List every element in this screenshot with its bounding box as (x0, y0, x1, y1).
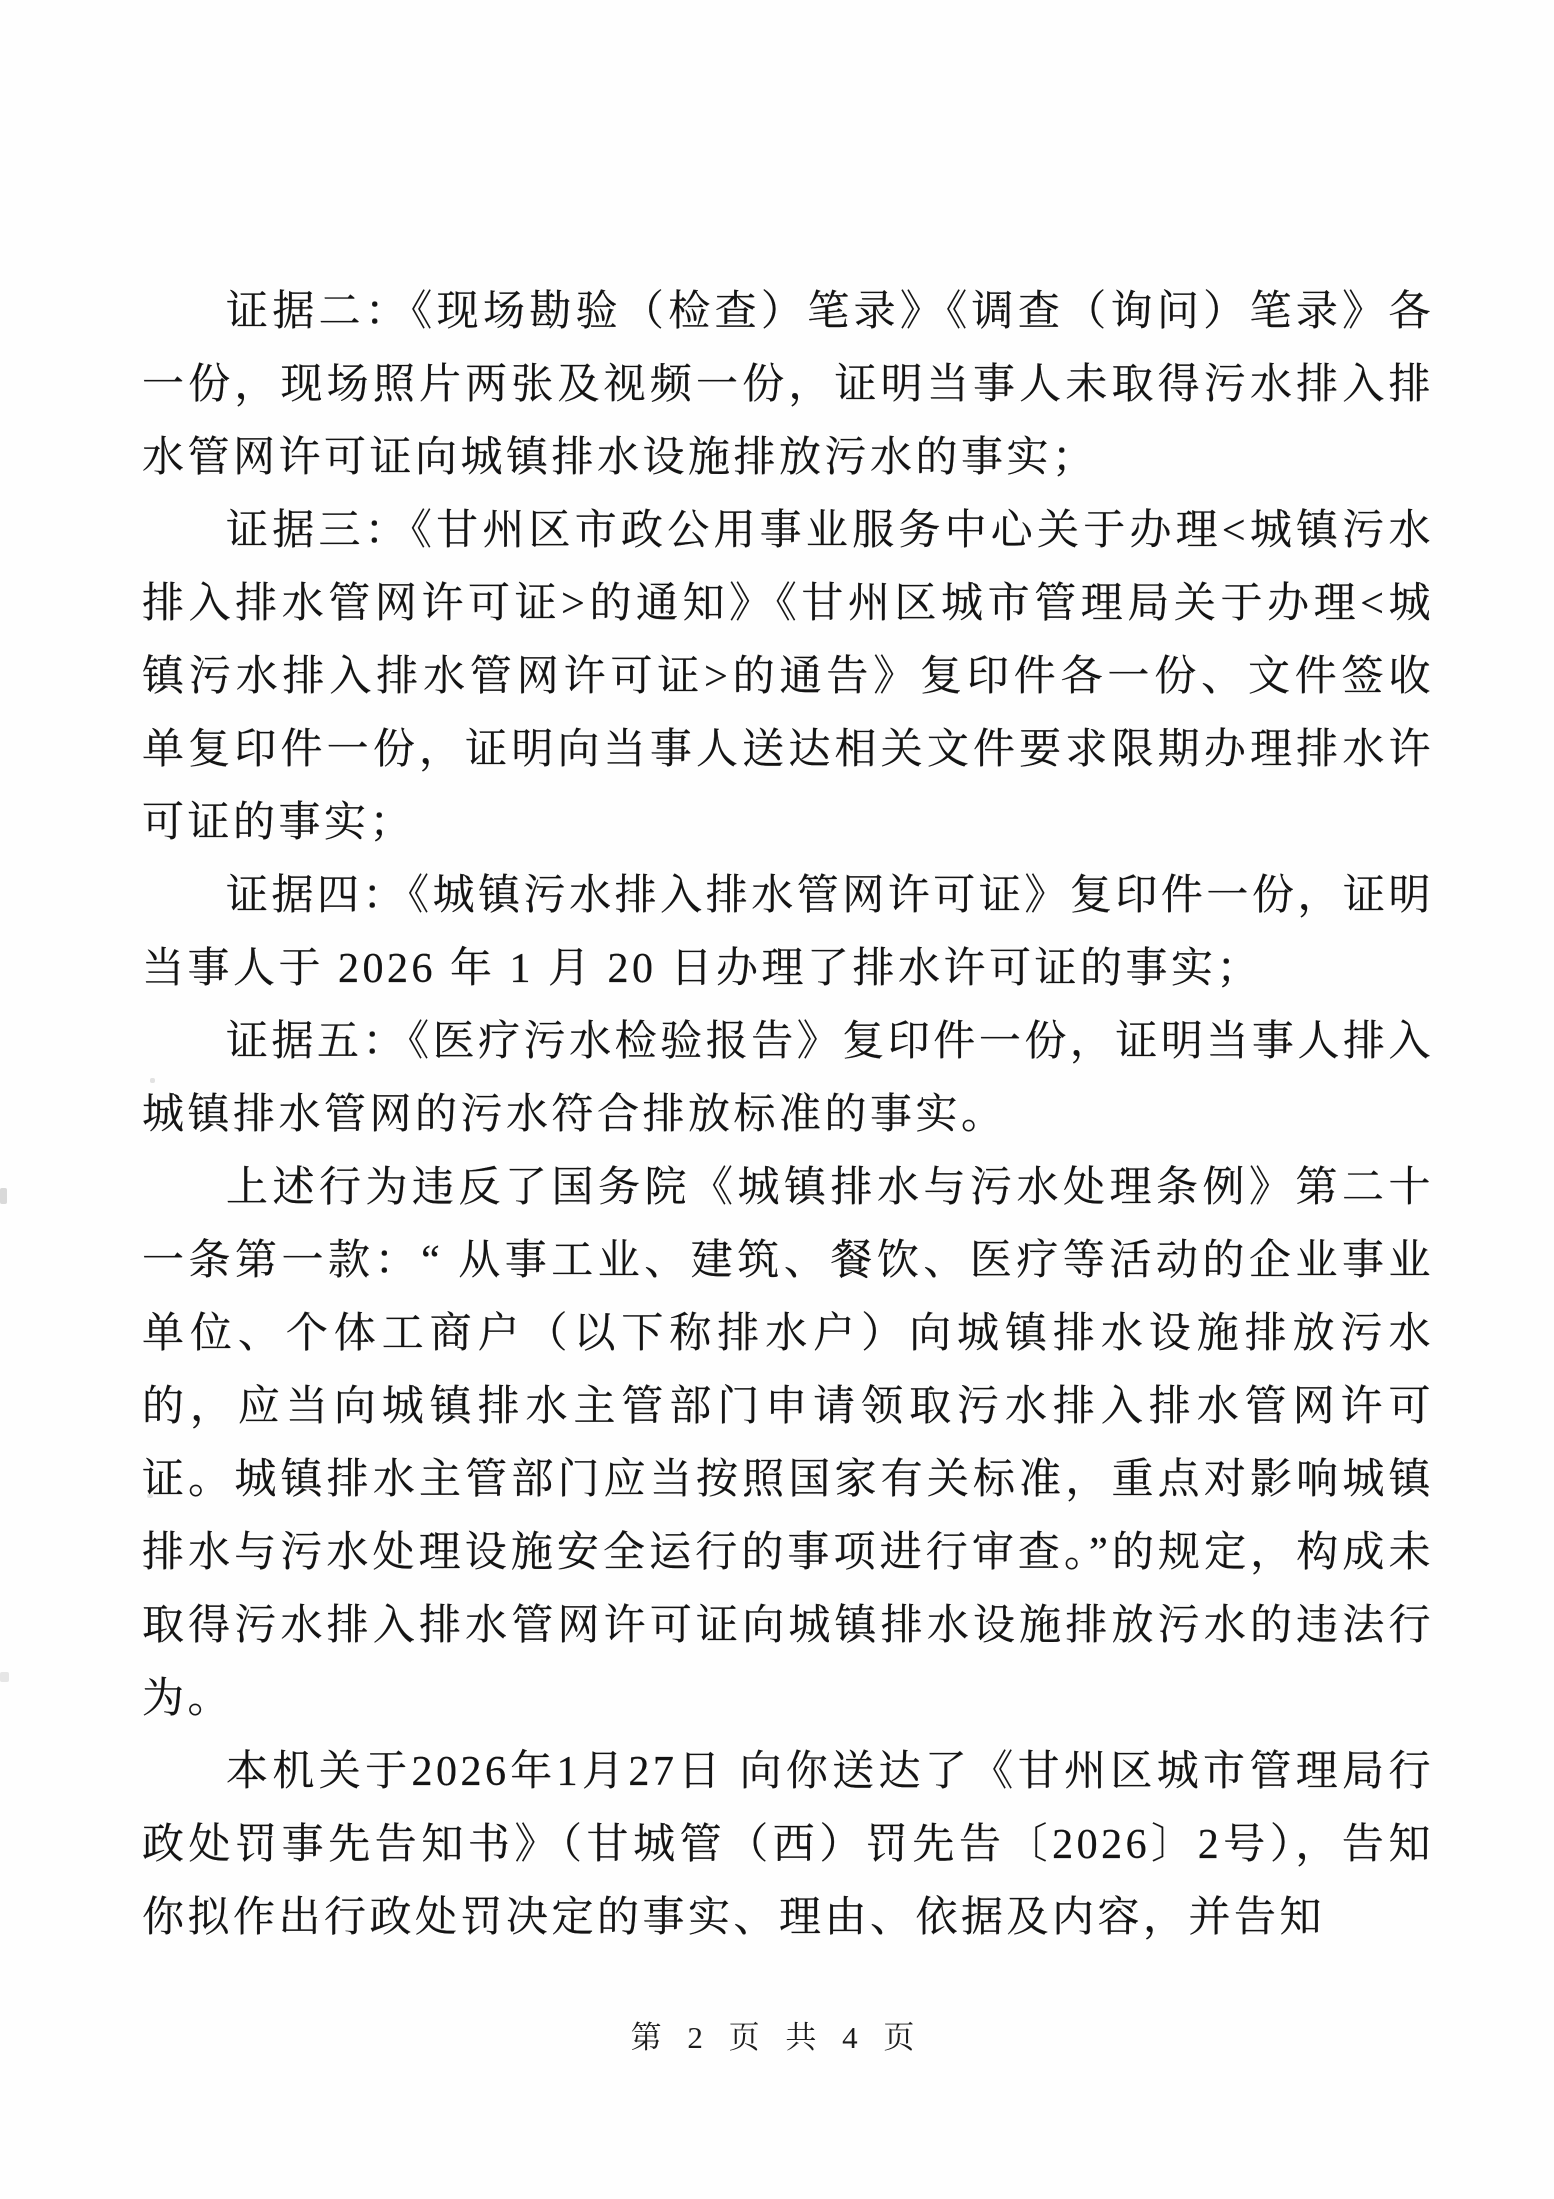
page-number: 第 2 页 共 4 页 (0, 2012, 1554, 2057)
scan-artifact (0, 1672, 9, 1682)
scan-artifact (147, 1494, 153, 1498)
scan-artifact (150, 1078, 155, 1083)
paragraph-evidence-2: 证据二：《现场勘验（检查）笔录》《调查（询问）笔录》各一份，现场照片两张及视频一… (142, 276, 1434, 495)
paragraph-legal-basis: 上述行为违反了国务院《城镇排水与污水处理条例》第二十一条第一款：“ 从事工业、建… (142, 1152, 1434, 1736)
document-body: 证据二：《现场勘验（检查）笔录》《调查（询问）笔录》各一份，现场照片两张及视频一… (142, 276, 1434, 1955)
paragraph-prior-notice: 本机关于2026年1月27日 向你送达了《甘州区城市管理局行政处罚事先告知书》（… (142, 1736, 1434, 1955)
paragraph-evidence-5: 证据五：《医疗污水检验报告》复印件一份，证明当事人排入城镇排水管网的污水符合排放… (142, 1006, 1434, 1152)
scan-artifact (0, 1188, 7, 1204)
scanned-document-page: 证据二：《现场勘验（检查）笔录》《调查（询问）笔录》各一份，现场照片两张及视频一… (0, 0, 1554, 2199)
paragraph-evidence-3: 证据三：《甘州区市政公用事业服务中心关于办理<城镇污水排入排水管网许可证>的通知… (142, 495, 1434, 860)
paragraph-evidence-4: 证据四：《城镇污水排入排水管网许可证》复印件一份，证明当事人于 2026 年 1… (142, 860, 1434, 1006)
